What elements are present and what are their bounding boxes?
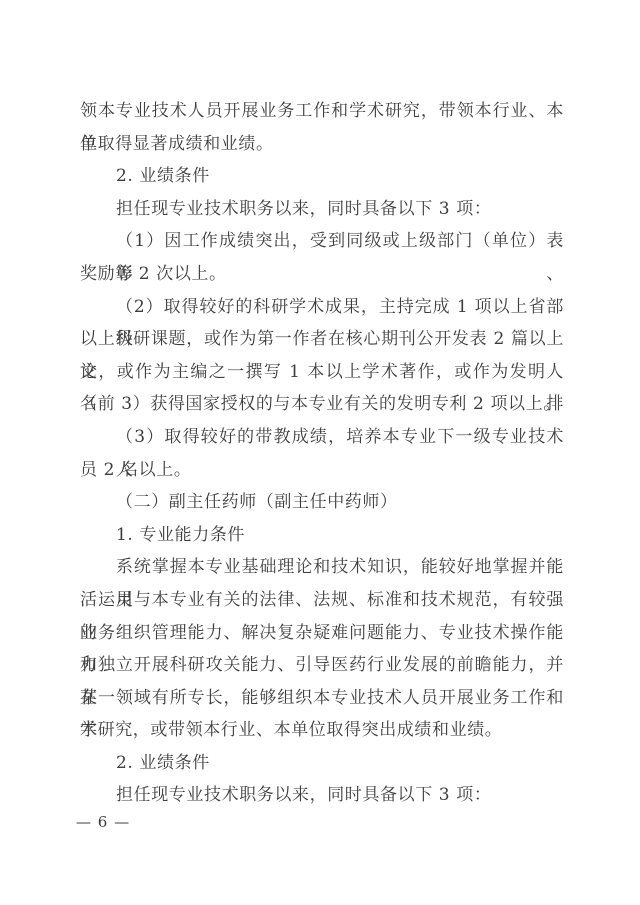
text-line: 担任现专业技术职务以来，同时具备以下 3 项： bbox=[80, 193, 564, 226]
text-line: 领本专业技术人员开展业务工作和学术研究，带领本行业、本单 bbox=[80, 95, 564, 128]
text-line: 文，或作为主编之一撰写 1 本以上学术著作，或作为发明人（排 bbox=[80, 356, 564, 389]
text-line: 某一领域有所专长，能够组织本专业技术人员开展业务工作和学 bbox=[80, 682, 564, 715]
text-line: 系统掌握本专业基础理论和技术知识，能较好地掌握并能灵 bbox=[80, 551, 564, 584]
text-line: 位取得显著成绩和业绩。 bbox=[80, 128, 564, 161]
text-line: 业务组织管理能力、解决复杂疑难问题能力、专业技术操作能力 bbox=[80, 617, 564, 650]
heading-professional-ability: 1. 专业能力条件 bbox=[80, 519, 564, 552]
text-line: 以上科研课题，或作为第一作者在核心期刊公开发表 2 篇以上论 bbox=[80, 323, 564, 356]
text-line: 活运用与本专业有关的法律、法规、标准和技术规范，有较强的 bbox=[80, 584, 564, 617]
heading-deputy-chief-pharmacist: （二）副主任药师（副主任中药师） bbox=[80, 486, 564, 519]
document-page: 领本专业技术人员开展业务工作和学术研究，带领本行业、本单 位取得显著成绩和业绩。… bbox=[0, 0, 640, 905]
heading-performance-conditions: 2. 业绩条件 bbox=[80, 160, 564, 193]
text-line: 员 2 名以上。 bbox=[80, 454, 564, 487]
text-line: 名前 3）获得国家授权的与本专业有关的发明专利 2 项以上。 bbox=[80, 388, 564, 421]
text-line: 担任现专业技术职务以来，同时具备以下 3 项： bbox=[80, 779, 564, 812]
body-text: 领本专业技术人员开展业务工作和学术研究，带领本行业、本单 位取得显著成绩和业绩。… bbox=[80, 95, 564, 812]
text-line: （3）取得较好的带教成绩，培养本专业下一级专业技术人 bbox=[80, 421, 564, 454]
text-line: 和独立开展科研攻关能力、引导医药行业发展的前瞻能力，并在 bbox=[80, 649, 564, 682]
heading-performance-conditions: 2. 业绩条件 bbox=[80, 747, 564, 780]
text-line: 术研究，或带领本行业、本单位取得突出成绩和业绩。 bbox=[80, 714, 564, 747]
text-line: （2）取得较好的科研学术成果，主持完成 1 项以上省部级 bbox=[80, 291, 564, 324]
page-number: — 6 — bbox=[76, 812, 130, 832]
text-line: （1）因工作成绩突出，受到同级或上级部门（单位）表彰、 bbox=[80, 225, 564, 258]
